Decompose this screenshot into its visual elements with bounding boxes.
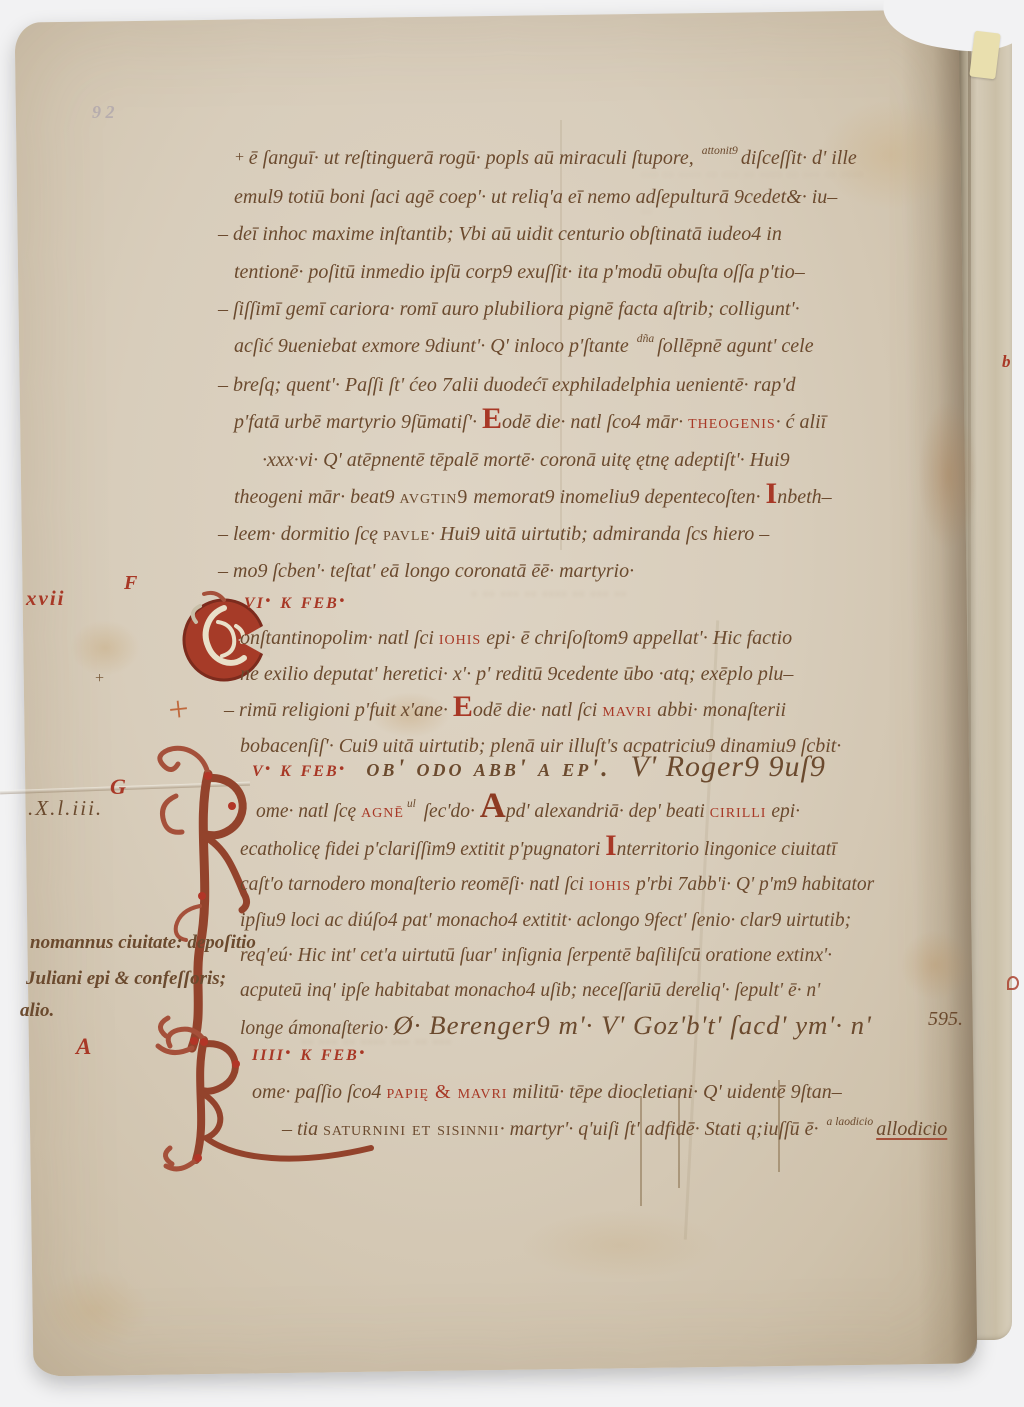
text-block-2: onſtantinopolim· natl ſci iohis epi· ē c…: [240, 620, 841, 764]
text-line: ne exilio deputat' heretici· x'· p' redi…: [240, 656, 841, 692]
text-segment: · ć aliī: [776, 411, 827, 433]
text-line: acputeū inq' ipſe habitabat monacho4 uſi…: [240, 973, 874, 1008]
margin-letter-f: F: [124, 572, 137, 595]
text-segment: · Hui9 uitā uirtutib; admiranda ſcs hier…: [430, 523, 769, 545]
text-line: – mo9 ſcben'· teſtat' eā longo coronatā …: [234, 553, 857, 590]
margin-cross-icon: +: [94, 670, 105, 688]
text-segment: pavle: [383, 523, 430, 545]
text-segment: ome· natl ſcę: [256, 801, 361, 822]
text-segment: iohis: [439, 627, 481, 649]
text-segment: allodicio: [876, 1118, 947, 1140]
text-segment: epi· ē chriſoſtom9 appellat'· Hic factio: [481, 627, 792, 649]
pencil-mark: 9 2: [92, 102, 115, 123]
text-segment: – rimū religioni p'fuit x'ane·: [224, 699, 453, 721]
text-segment: a laodicio: [827, 1115, 874, 1128]
text-segment: ome· paſſio ſco4: [252, 1081, 386, 1103]
text-line: – ſiſſimī gemī cariora· romī auro plubil…: [234, 291, 857, 328]
manuscript-photo: ꞏ ꞏꞏ ꞏꞏꞏ ꞏꞏ ꞏꞏꞏꞏ ꞏꞏ ꞏꞏꞏ ꞏꞏ ꞏꞏ ꞏꞏꞏ ꞏꞏ ꞏꞏꞏ…: [0, 0, 1024, 1407]
text-segment: abbi· monaſterii: [652, 699, 786, 721]
text-segment: epi·: [766, 801, 800, 822]
text-segment: caſt'o tarnodero monaſterio reomēſi· nat…: [240, 874, 589, 895]
text-line: ome· natl ſcę agnēul ſec'do· Apd' alexan…: [240, 794, 874, 832]
text-segment: +: [234, 149, 245, 166]
text-segment: ē ſanguī· ut reſtinguerā rogū· popls aū …: [249, 147, 699, 169]
text-line: bobacenſiſ'· Cui9 uitā uirtutib; plenā u…: [240, 728, 841, 764]
text-segment: odē die· natl ſco4 mār·: [502, 411, 688, 433]
text-line: req'eú· Hic int' cet'a uirtutū ſuar' inſ…: [240, 938, 874, 973]
facing-page-ornament: [1007, 976, 1019, 990]
text-segment: agnē: [361, 801, 404, 822]
text-segment: · martyr'· q'uiſi ſt' adfidē· Stati q;iu…: [500, 1118, 824, 1140]
text-line: +ē ſanguī· ut reſtinguerā rogū· popls aū…: [234, 140, 857, 179]
facing-page-letter-b: b: [1002, 352, 1011, 372]
text-segment: acputeū inq' ipſe habitabat monacho4 uſi…: [240, 980, 820, 1001]
text-block-4: ome· paſſio ſco4 papię & mavri militū· t…: [252, 1074, 947, 1150]
text-segment: ne exilio deputat' heretici· x'· p' redi…: [240, 663, 793, 685]
margin-red-cross-icon: +: [164, 687, 193, 731]
text-segment: – breſq; quent'· Paſſi ſt' ćeo 7alii duo…: [218, 374, 796, 396]
text-segment: ecatholicę fidei p'clariſſim9 extitit p'…: [240, 839, 605, 860]
text-segment: longe ámonaſterio·: [240, 1018, 393, 1039]
text-segment: Ø· Berenger9 m'· V' Goz'b't' ſacd' ym'· …: [393, 1010, 872, 1040]
margin-letter-a: A: [76, 1034, 91, 1060]
text-line: – breſq; quent'· Paſſi ſt' ćeo 7alii duo…: [234, 367, 857, 404]
inline-initial: A: [480, 785, 506, 825]
text-segment: dña: [637, 332, 654, 345]
margin-depositio-note-line1: nomannus ciuitate: depoſitio: [30, 932, 256, 954]
text-segment: – tia: [282, 1118, 323, 1140]
margin-letter-g: G: [110, 774, 126, 800]
text-segment: memorat9 inomeliu9 depentecoſten·: [468, 486, 765, 508]
margin-depositio-note-line3: alio.: [20, 1000, 54, 1022]
text-block-3: ome· natl ſcę agnēul ſec'do· Apd' alexan…: [240, 794, 874, 1046]
text-segment: – mo9 ſcben'· teſtat' eā longo coronatā …: [218, 560, 634, 582]
inline-initial: I: [766, 477, 778, 510]
text-segment: nterritorio lingonice ciuitatī: [617, 839, 837, 860]
text-line: ome· paſſio ſco4 papię & mavri militū· t…: [252, 1074, 947, 1111]
text-segment: iohis: [589, 874, 631, 895]
text-segment: ·xxx·vi· Q' atēpnentē tēpalē mortē· coro…: [262, 449, 790, 471]
text-segment: p'rbi 7abb'i· Q' p'm9 habitator: [631, 874, 874, 895]
rubric-vi-kal-feb: vi· k feb·: [244, 588, 347, 614]
inline-initial: E: [453, 690, 473, 723]
text-segment: theogeni mār· beat9: [234, 486, 400, 508]
text-segment: p'fatā urbē martyrio 9ſūmatiſ'·: [234, 411, 482, 433]
text-line: onſtantinopolim· natl ſci iohis epi· ē c…: [240, 620, 841, 656]
text-line: ipſiu9 loci ac diúſo4 pat' monacho4 exti…: [240, 903, 874, 938]
text-segment: – deī inhoc maxime inſtantib; Vbi aū uid…: [218, 223, 782, 245]
text-segment: papię & mavri: [386, 1081, 507, 1103]
text-segment: req'eú· Hic int' cet'a uirtutū ſuar' inſ…: [240, 945, 832, 966]
margin-numeral-xliii: .X.l.iii.: [28, 796, 103, 821]
text-segment: avgtin9: [400, 486, 469, 508]
text-segment: militū· tēpe diocletiani· Q' uidentē 9ſt…: [507, 1081, 841, 1103]
addition-number: 595.: [928, 1008, 963, 1031]
text-line: – deī inhoc maxime inſtantib; Vbi aū uid…: [234, 216, 857, 253]
text-segment: bobacenſiſ'· Cui9 uitā uirtutib; plenā u…: [240, 735, 841, 757]
text-segment: ſaturnini et ſiſinnii: [323, 1118, 499, 1140]
text-line: tentionē· poſitū inmedio ipſū corp9 exuſ…: [234, 254, 857, 291]
text-line: ecatholicę fidei p'clariſſim9 extitit p'…: [240, 832, 874, 867]
text-segment: diſceſſit· d' ille: [741, 147, 857, 169]
text-segment: onſtantinopolim· natl ſci: [240, 627, 439, 649]
text-line: – leem· dormitio ſcę pavle· Hui9 uitā ui…: [234, 516, 857, 553]
text-segment: – leem· dormitio ſcę: [218, 523, 383, 545]
text-segment: – ſiſſimī gemī cariora· romī auro plubil…: [218, 298, 800, 320]
margin-depositio-note-line2: Juliani epi & confeſſoris;: [26, 968, 226, 990]
text-line: emul9 totiū boni ſaci agē coep'· ut reli…: [234, 179, 857, 216]
text-line: p'fatā urbē martyrio 9ſūmatiſ'· Eodē die…: [234, 404, 857, 441]
text-segment: cirilli: [710, 801, 767, 822]
text-segment: pd' alexandriā· dep' beati: [506, 801, 710, 822]
text-segment: emul9 totiū boni ſaci agē coep'· ut reli…: [234, 186, 837, 208]
text-block-1: +ē ſanguī· ut reſtinguerā rogū· popls aū…: [234, 140, 857, 590]
margin-roman-numeral: xvii: [26, 586, 66, 611]
text-segment: odē die· natl ſci: [473, 699, 602, 721]
text-segment: ſec'do·: [419, 801, 480, 822]
text-segment: ſollēpnē agunt' cele: [657, 335, 813, 357]
text-line: theogeni mār· beat9 avgtin9 memorat9 ino…: [234, 479, 857, 516]
text-segment: ul: [407, 798, 416, 810]
text-segment: ipſiu9 loci ac diúſo4 pat' monacho4 exti…: [240, 910, 851, 931]
text-line: – tia ſaturnini et ſiſinnii· martyr'· q'…: [252, 1111, 947, 1150]
text-line: acſić 9ueniebat exmore 9diunt'· Q' inloc…: [234, 328, 857, 367]
text-segment: theogenis: [688, 411, 776, 433]
inline-initial: E: [482, 402, 502, 435]
repair-tab: [969, 31, 1000, 80]
text-segment: mavri: [602, 699, 652, 721]
text-segment: nbeth–: [777, 486, 831, 508]
text-line: ·xxx·vi· Q' atēpnentē tēpalē mortē· coro…: [234, 442, 857, 479]
text-segment: attonit9: [702, 144, 738, 157]
text-line: – rimū religioni p'fuit x'ane· Eodē die·…: [240, 692, 841, 728]
text-segment: acſić 9ueniebat exmore 9diunt'· Q' inloc…: [234, 335, 634, 357]
text-line: caſt'o tarnodero monaſterio reomēſi· nat…: [240, 867, 874, 902]
text-segment: tentionē· poſitū inmedio ipſū corp9 exuſ…: [234, 261, 805, 283]
text-line: longe ámonaſterio· Ø· Berenger9 m'· V' G…: [240, 1008, 874, 1046]
inline-initial: I: [605, 830, 616, 862]
